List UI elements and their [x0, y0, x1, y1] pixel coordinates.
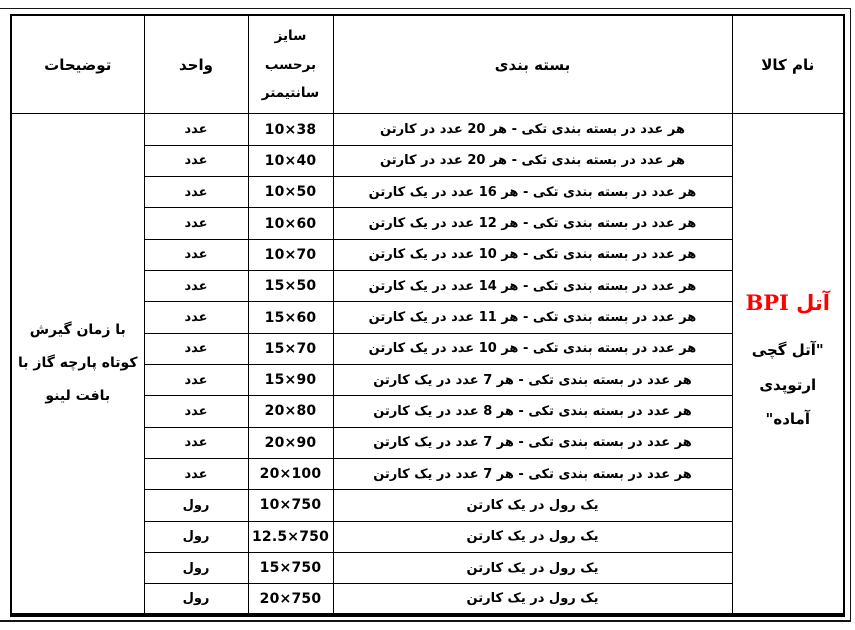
size-cell: 10×70: [248, 239, 333, 270]
header-packaging: بسته بندی: [333, 15, 732, 114]
size-cell: 20×80: [248, 396, 333, 427]
header-size: سایز برحسب سانتیمتر: [248, 15, 333, 114]
packaging-cell: هر عدد در بسته بندی تکی - هر 16 عدد در ی…: [333, 177, 732, 208]
unit-cell: رول: [144, 584, 248, 615]
size-cell: 15×90: [248, 364, 333, 395]
size-cell: 20×90: [248, 427, 333, 458]
packaging-cell: هر عدد در بسته بندی تکی - هر 8 عدد در یک…: [333, 396, 732, 427]
size-cell: 20×100: [248, 458, 333, 489]
packaging-cell: هر عدد در بسته بندی تکی - هر 7 عدد در یک…: [333, 458, 732, 489]
unit-cell: عدد: [144, 396, 248, 427]
packaging-cell: هر عدد در بسته بندی تکی - هر 7 عدد در یک…: [333, 364, 732, 395]
size-cell: 12.5×750: [248, 521, 333, 552]
packaging-cell: هر عدد در بسته بندی تکی - هر 11 عدد در ی…: [333, 302, 732, 333]
unit-cell: عدد: [144, 177, 248, 208]
size-cell: 10×750: [248, 490, 333, 521]
size-cell: 15×750: [248, 552, 333, 583]
product-brand: آتل BPI: [737, 290, 840, 315]
table-header-row: نام کالا بسته بندی سایز برحسب سانتیمتر و…: [11, 15, 844, 114]
header-product-name: نام کالا: [732, 15, 844, 114]
packaging-cell: یک رول در یک کارتن: [333, 552, 732, 583]
packaging-cell: هر عدد در بسته بندی تکی - هر 20 عدد در ک…: [333, 145, 732, 176]
table-row: آتل BPI "آتل گچی ارتوپدی آماده" هر عدد د…: [11, 114, 844, 145]
unit-cell: رول: [144, 521, 248, 552]
packaging-cell: هر عدد در بسته بندی تکی - هر 12 عدد در ی…: [333, 208, 732, 239]
size-cell: 15×60: [248, 302, 333, 333]
header-unit: واحد: [144, 15, 248, 114]
size-cell: 15×70: [248, 333, 333, 364]
unit-cell: عدد: [144, 114, 248, 145]
packaging-cell: هر عدد در بسته بندی تکی - هر 7 عدد در یک…: [333, 427, 732, 458]
packaging-cell: هر عدد در بسته بندی تکی - هر 10 عدد در ی…: [333, 239, 732, 270]
packaging-cell: هر عدد در بسته بندی تکی - هر 20 عدد در ک…: [333, 114, 732, 145]
size-cell: 10×40: [248, 145, 333, 176]
unit-cell: رول: [144, 490, 248, 521]
unit-cell: عدد: [144, 427, 248, 458]
page: { "colors": { "brand_red": "#ff0000", "t…: [0, 0, 855, 630]
size-cell: 15×50: [248, 271, 333, 302]
unit-cell: عدد: [144, 239, 248, 270]
size-cell: 10×38: [248, 114, 333, 145]
unit-cell: رول: [144, 552, 248, 583]
packaging-cell: یک رول در یک کارتن: [333, 584, 732, 615]
unit-cell: عدد: [144, 271, 248, 302]
product-spec-table: نام کالا بسته بندی سایز برحسب سانتیمتر و…: [10, 14, 845, 617]
unit-cell: عدد: [144, 333, 248, 364]
packaging-cell: یک رول در یک کارتن: [333, 521, 732, 552]
product-subtitle: "آتل گچی ارتوپدی آماده": [737, 333, 840, 437]
unit-cell: عدد: [144, 208, 248, 239]
packaging-cell: یک رول در یک کارتن: [333, 490, 732, 521]
size-cell: 10×60: [248, 208, 333, 239]
packaging-cell: هر عدد در بسته بندی تکی - هر 10 عدد در ی…: [333, 333, 732, 364]
size-cell: 10×50: [248, 177, 333, 208]
unit-cell: عدد: [144, 458, 248, 489]
notes-cell: با زمان گیرش کوتاه پارچه گاز با بافت لین…: [11, 114, 144, 615]
unit-cell: عدد: [144, 364, 248, 395]
unit-cell: عدد: [144, 145, 248, 176]
size-cell: 20×750: [248, 584, 333, 615]
header-notes: توضیحات: [11, 15, 144, 114]
product-name-cell: آتل BPI "آتل گچی ارتوپدی آماده": [732, 114, 844, 615]
packaging-cell: هر عدد در بسته بندی تکی - هر 14 عدد در ی…: [333, 271, 732, 302]
unit-cell: عدد: [144, 302, 248, 333]
